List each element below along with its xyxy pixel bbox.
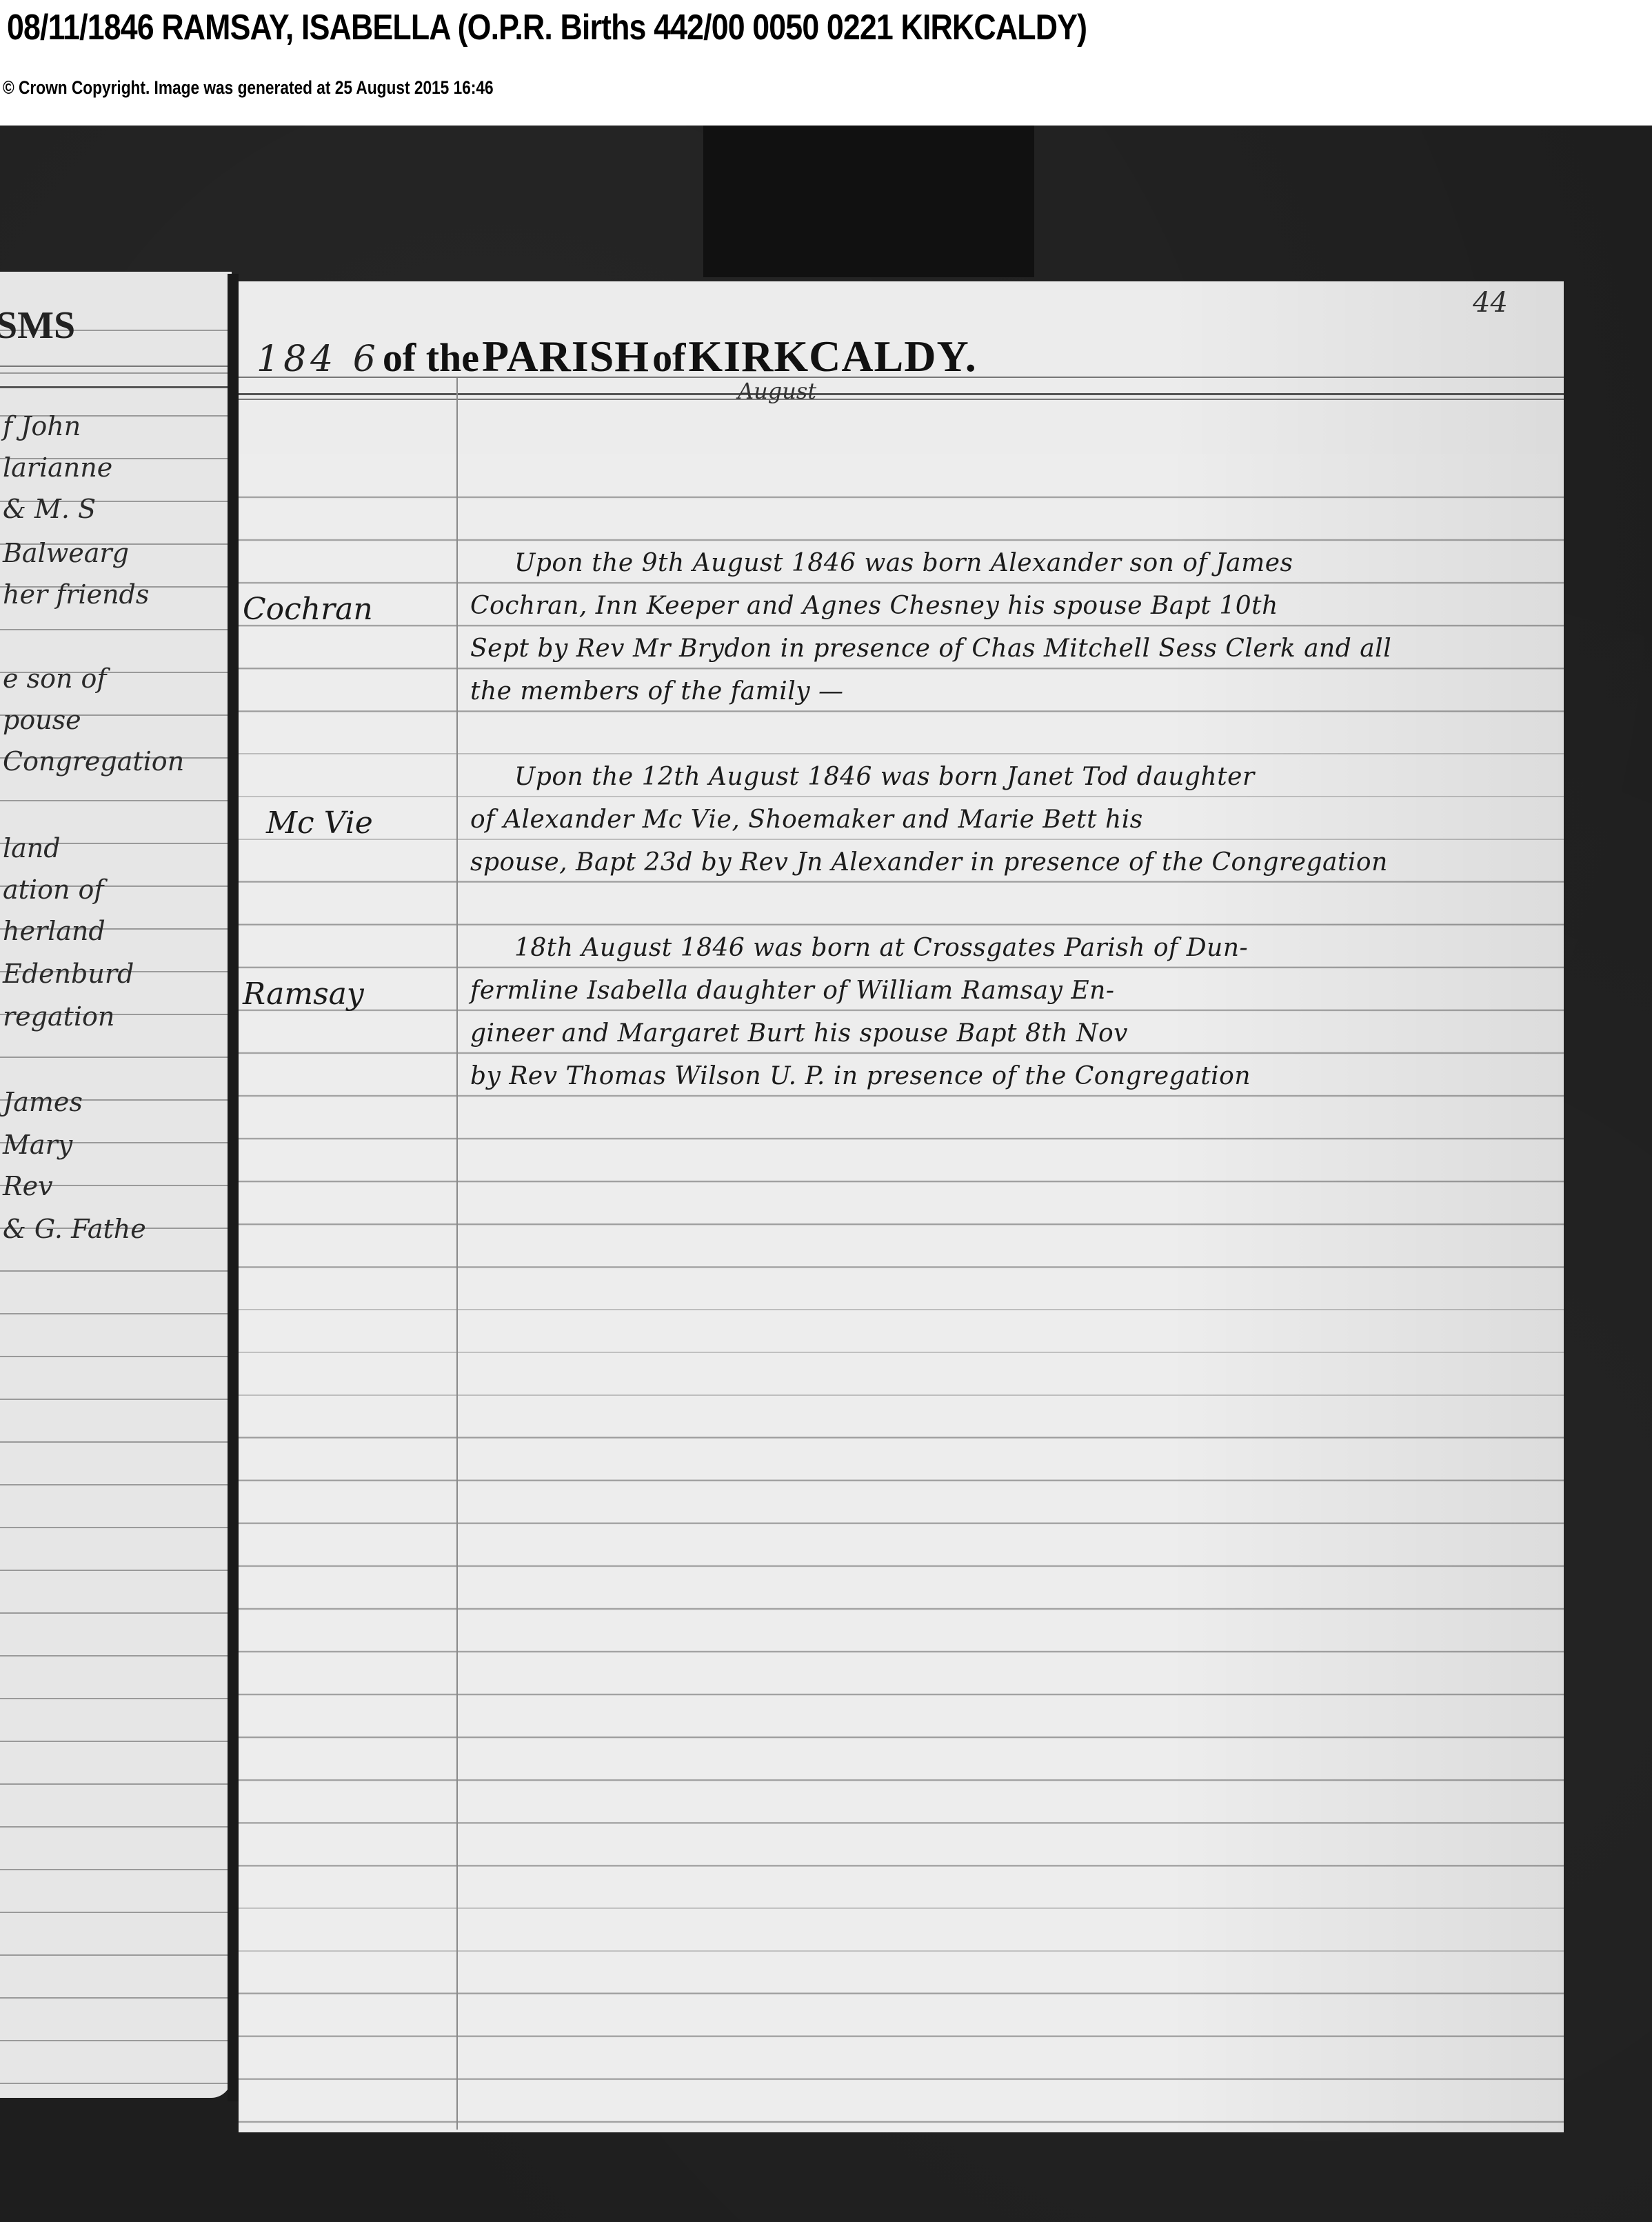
entry-line: spouse, Bapt 23d by Rev Jn Alexander in … [470,848,1388,877]
entry-line: Upon the 9th August 1846 was born Alexan… [514,549,1293,577]
page-heading: 184 6 of the PARISH of KIRKCALDY. [256,331,977,382]
left-line: & M. S [3,494,96,524]
entry-surname: Mc Vie [266,805,373,841]
rule [0,366,232,367]
scanned-register-image: SMS f John larianne & M. S Balwearg her … [0,126,1652,2222]
left-line: f John [3,411,81,441]
record-title: 08/11/1846 RAMSAY, ISABELLA (O.P.R. Birt… [7,6,1087,50]
left-line: Rev [3,1171,53,1201]
entry-surname: Ramsay [243,977,364,1012]
entry-line: Upon the 12th August 1846 was born Janet… [514,763,1255,791]
entry-line: Sept by Rev Mr Brydon in presence of Cha… [470,634,1391,663]
left-page-heading: SMS [0,303,75,348]
left-line: larianne [3,452,112,483]
rule [0,386,232,388]
book-spine [228,274,239,2101]
left-line: Mary [3,1130,72,1160]
left-line: ation of [3,874,103,905]
left-line: e son of [3,663,106,694]
copyright-notice: © Crown Copyright. Image was generated a… [3,76,494,99]
rule [239,399,1564,400]
left-line: land [3,833,61,863]
left-page-fragment: SMS f John larianne & M. S Balwearg her … [0,272,232,2098]
entry-line: Cochran, Inn Keeper and Agnes Chesney hi… [470,592,1278,620]
background-shadow [703,126,1034,277]
entry-line: gineer and Margaret Burt his spouse Bapt… [470,1019,1128,1048]
left-line: & G. Fathe [3,1214,146,1244]
left-line: regation [3,1001,114,1032]
margin-column-divider [456,378,458,2130]
page-number: 44 [1473,287,1508,319]
month-label: August [738,378,816,404]
entry-line: by Rev Thomas Wilson U. P. in presence o… [470,1062,1251,1090]
heading-parish: PARISH [482,332,649,381]
entry-line: fermline Isabella daughter of William Ra… [470,977,1115,1005]
entry-line: of Alexander Mc Vie, Shoemaker and Marie… [470,805,1143,834]
left-line: her friends [3,579,149,610]
heading-of: of [652,335,685,380]
heading-place: KIRKCALDY. [688,332,976,381]
entry-line: 18th August 1846 was born at Crossgates … [514,934,1248,962]
rule [239,393,1564,395]
entry-line: the members of the family — [470,677,844,705]
left-line: Congregation [3,746,184,777]
right-page: 44 184 6 of the PARISH of KIRKCALDY. Aug… [239,281,1564,2132]
left-line: James [3,1087,83,1117]
left-line: Edenburd [3,959,134,989]
rule [239,377,1564,378]
left-line: herland [3,916,105,946]
heading-year: 184 6 [256,339,380,380]
entry-surname: Cochran [243,592,373,627]
record-header: 08/11/1846 RAMSAY, ISABELLA (O.P.R. Birt… [0,0,1652,126]
left-line: pouse [3,705,81,735]
heading-of-the: of the [383,335,479,380]
left-line: Balwearg [3,538,129,568]
